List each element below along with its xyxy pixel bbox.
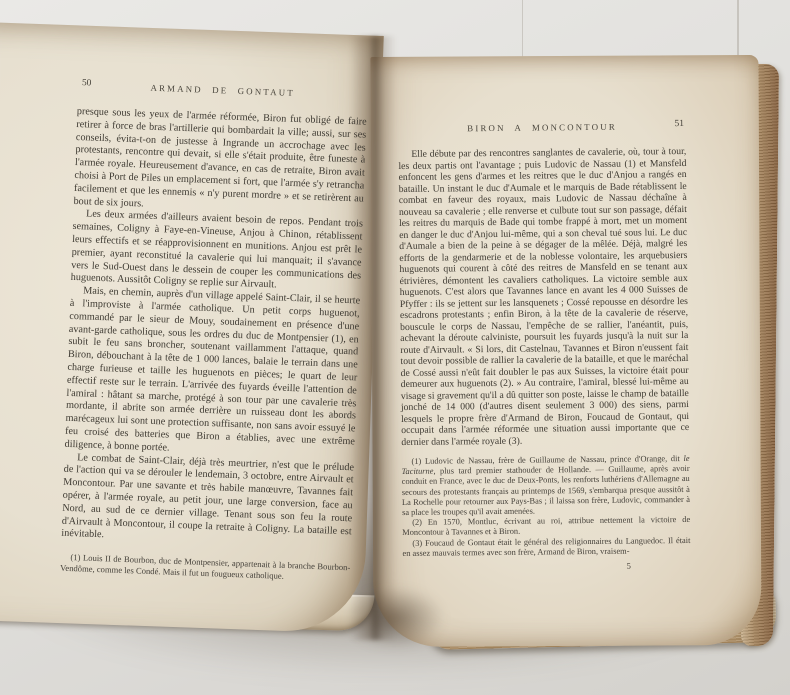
footnote: (3) Foucaud de Gontaut était le général … <box>402 536 690 559</box>
left-page-body: presque sous les yeux de l'armée réformé… <box>61 106 367 551</box>
right-page-text: BIRON A MONCONTOUR 51 Elle débute par de… <box>398 121 691 573</box>
body-paragraph: Le combat de Saint-Clair, déjà très meur… <box>61 451 354 551</box>
photo-of-open-book: 50 ARMAND DE GONTAUT presque sous les ye… <box>0 0 790 695</box>
gutter-bottom-shadow <box>326 576 462 660</box>
page-number: 50 <box>82 78 92 88</box>
right-page-footnotes: (1) Ludovic de Nassau, frère de Guillaum… <box>401 454 690 559</box>
right-page-header: BIRON A MONCONTOUR 51 <box>398 121 686 140</box>
body-paragraph: Les deux armées d'ailleurs avaient besoi… <box>70 208 363 295</box>
body-paragraph: Elle débute par des rencontres sanglante… <box>398 146 689 448</box>
body-paragraph: presque sous les yeux de l'armée réformé… <box>73 106 367 219</box>
page-number: 51 <box>674 119 684 129</box>
body-paragraph: Mais, en chemin, auprès d'un village app… <box>64 285 360 462</box>
signature-mark: 5 <box>627 560 691 571</box>
right-page-body: Elle débute par des rencontres sanglante… <box>398 146 689 448</box>
footnote: (1) Ludovic de Nassau, frère de Guillaum… <box>401 454 690 518</box>
running-title: BIRON A MONCONTOUR <box>467 122 617 134</box>
left-page-text: 50 ARMAND DE GONTAUT presque sous les ye… <box>60 80 368 584</box>
footnote-text: , plus tard premier stathouder de Hollan… <box>402 464 690 517</box>
